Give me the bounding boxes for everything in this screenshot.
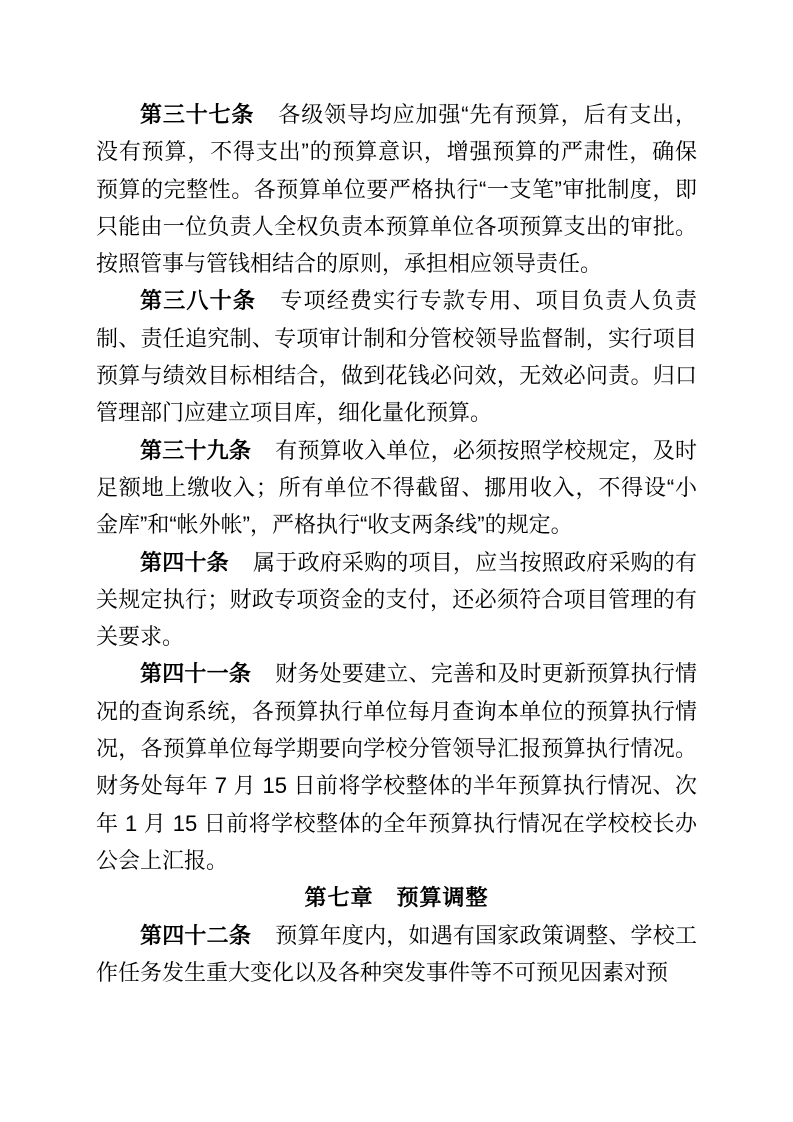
chapter-title: 第七章 预算调整: [304, 885, 488, 910]
article-paragraph-42: 第四十二条预算年度内，如遇有国家政策调整、学校工作任务发生重大变化以及各种突发事…: [96, 917, 697, 992]
article-paragraph-39: 第三十九条有预算收入单位，必须按照学校规定，及时足额地上缴收入；所有单位不得截留…: [96, 432, 697, 544]
chapter-heading: 第七章 预算调整: [96, 879, 697, 916]
article-paragraph-41: 第四十一条财务处要建立、完善和及时更新预算执行情况的查询系统，各预算执行单位每月…: [96, 655, 697, 879]
article-text: 财务处要建立、完善和及时更新预算执行情况的查询系统，各预算执行单位每月查询本单位…: [96, 661, 697, 872]
article-paragraph-37: 第三十七条各级领导均应加强“先有预算，后有支出，没有预算，不得支出”的预算意识，…: [96, 96, 697, 282]
article-number: 第四十条: [140, 550, 229, 575]
document-page: 第三十七条各级领导均应加强“先有预算，后有支出，没有预算，不得支出”的预算意识，…: [0, 0, 793, 1122]
article-paragraph-40: 第四十条属于政府采购的项目，应当按照政府采购的有关规定执行；财政专项资金的支付，…: [96, 544, 697, 656]
article-paragraph-38: 第三八十条专项经费实行专款专用、项目负责人负责制、责任追究制、专项审计制和分管校…: [96, 282, 697, 431]
article-number: 第三十七条: [140, 102, 254, 127]
article-text: 各级领导均应加强“先有预算，后有支出，没有预算，不得支出”的预算意识，增强预算的…: [96, 102, 697, 276]
article-number: 第四十一条: [140, 661, 251, 686]
article-number: 第三八十条: [140, 288, 256, 313]
article-number: 第三十九条: [140, 438, 251, 463]
article-number: 第四十二条: [140, 923, 251, 948]
